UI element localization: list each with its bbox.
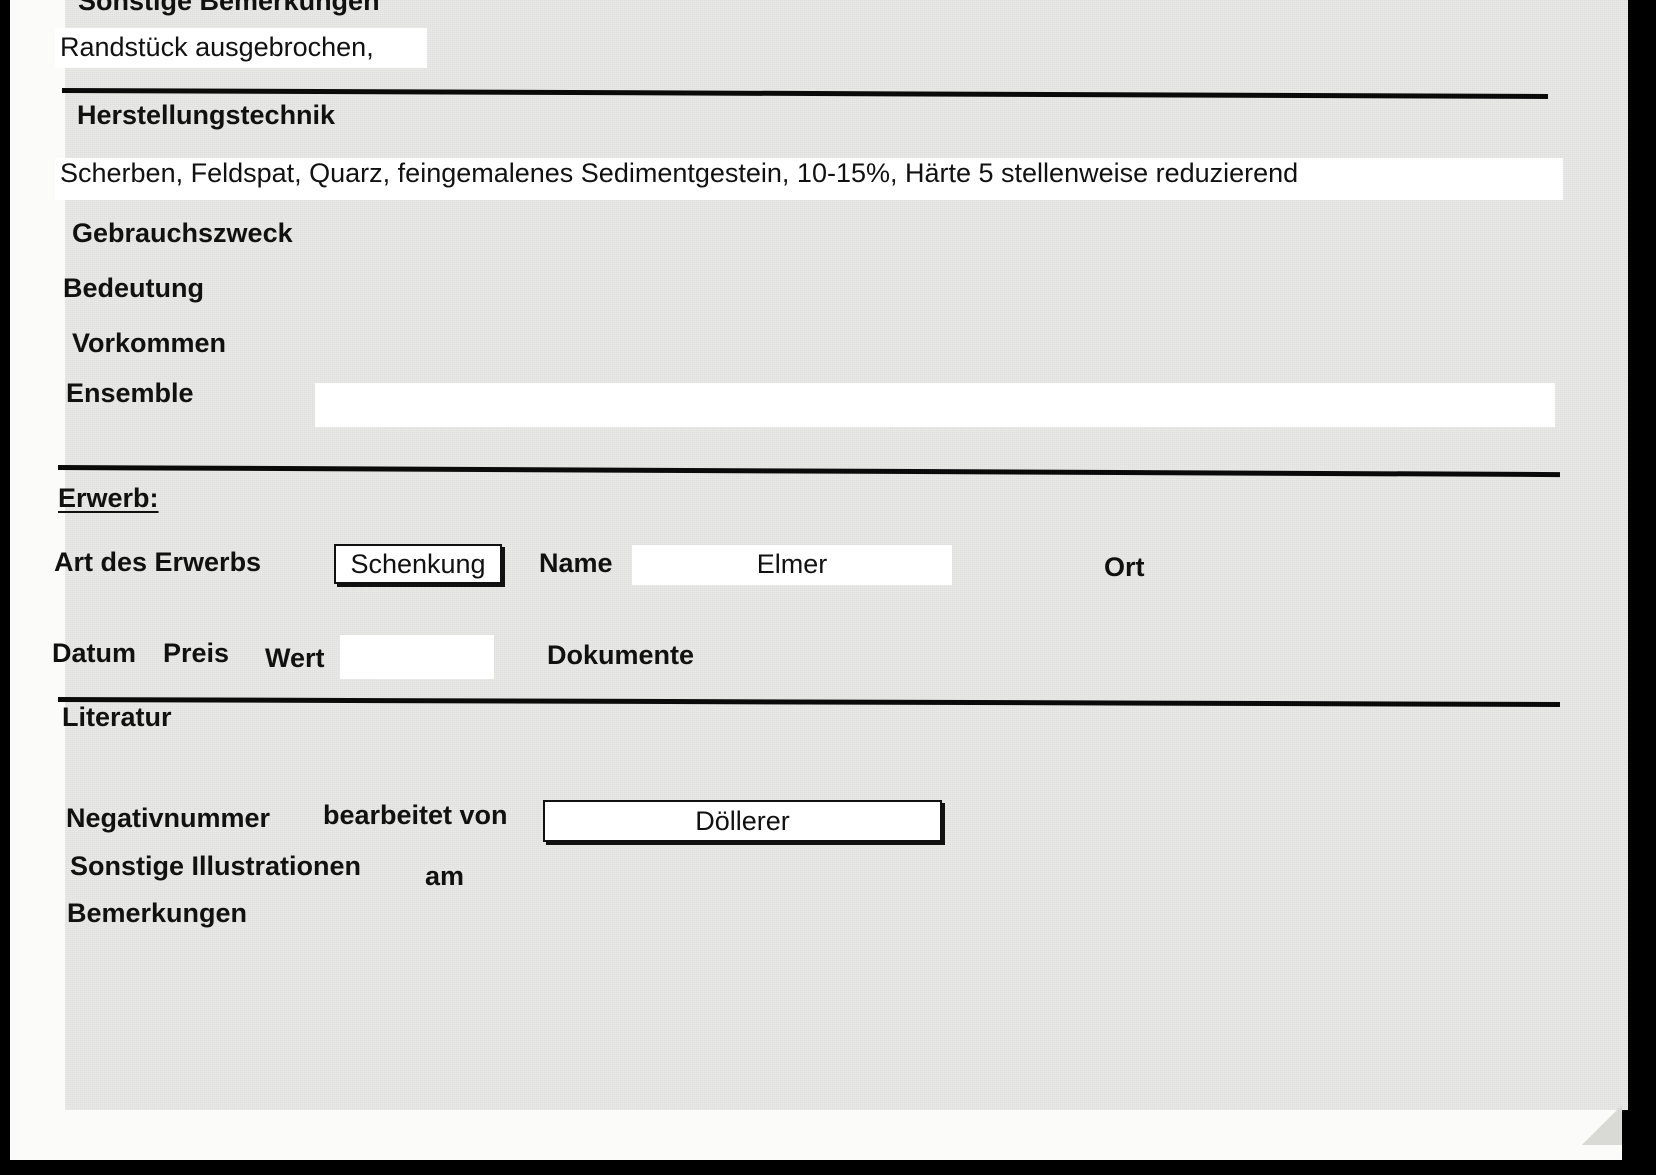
wert-label: Wert bbox=[265, 643, 325, 674]
sonstige-bemerkungen-label: Sonstige Bemerkungen bbox=[78, 0, 380, 17]
ort-label: Ort bbox=[1104, 552, 1145, 583]
preis-label: Preis bbox=[163, 638, 229, 669]
vorkommen-label: Vorkommen bbox=[72, 328, 226, 359]
wert-field[interactable] bbox=[340, 635, 494, 679]
erwerb-heading: Erwerb: bbox=[58, 483, 159, 514]
bemerkungen-label: Bemerkungen bbox=[67, 898, 247, 929]
ensemble-field[interactable] bbox=[315, 383, 1555, 427]
art-des-erwerbs-field[interactable]: Schenkung bbox=[334, 544, 502, 584]
literatur-label: Literatur bbox=[62, 702, 172, 733]
ensemble-label: Ensemble bbox=[66, 378, 194, 409]
bearbeitet-von-field[interactable]: Döllerer bbox=[543, 800, 942, 842]
bedeutung-label: Bedeutung bbox=[63, 273, 204, 304]
herstellungstechnik-label: Herstellungstechnik bbox=[77, 100, 335, 131]
name-field[interactable]: Elmer bbox=[632, 545, 952, 585]
sonstige-bemerkungen-value: Randstück ausgebrochen, bbox=[60, 32, 374, 63]
herstellungstechnik-value: Scherben, Feldspat, Quarz, feingemalenes… bbox=[60, 158, 1298, 189]
name-label: Name bbox=[539, 548, 613, 579]
art-des-erwerbs-label: Art des Erwerbs bbox=[54, 547, 261, 578]
bearbeitet-von-label: bearbeitet von bbox=[323, 800, 508, 831]
sonstige-illustrationen-label: Sonstige Illustrationen bbox=[70, 851, 361, 882]
dokumente-label: Dokumente bbox=[547, 640, 694, 671]
am-label: am bbox=[425, 861, 464, 892]
datum-label: Datum bbox=[52, 638, 136, 669]
page-curl bbox=[1582, 1105, 1622, 1145]
gebrauchszweck-label: Gebrauchszweck bbox=[72, 218, 293, 249]
negativnummer-label: Negativnummer bbox=[66, 803, 270, 834]
